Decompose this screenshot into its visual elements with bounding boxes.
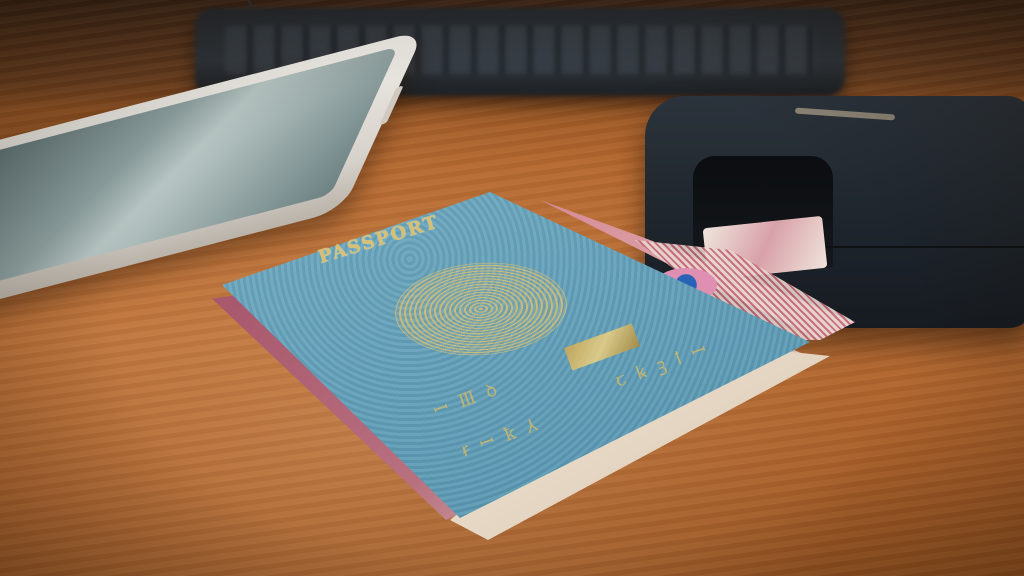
desk-scene: PASSPORT ꟷ Ⅲ ꝺ ꞧ ꟷ ꝁ ⅄ ꞇ ꝃ ꝫ ꝉ ꟷ	[0, 0, 1024, 576]
reader-logo	[795, 108, 895, 121]
